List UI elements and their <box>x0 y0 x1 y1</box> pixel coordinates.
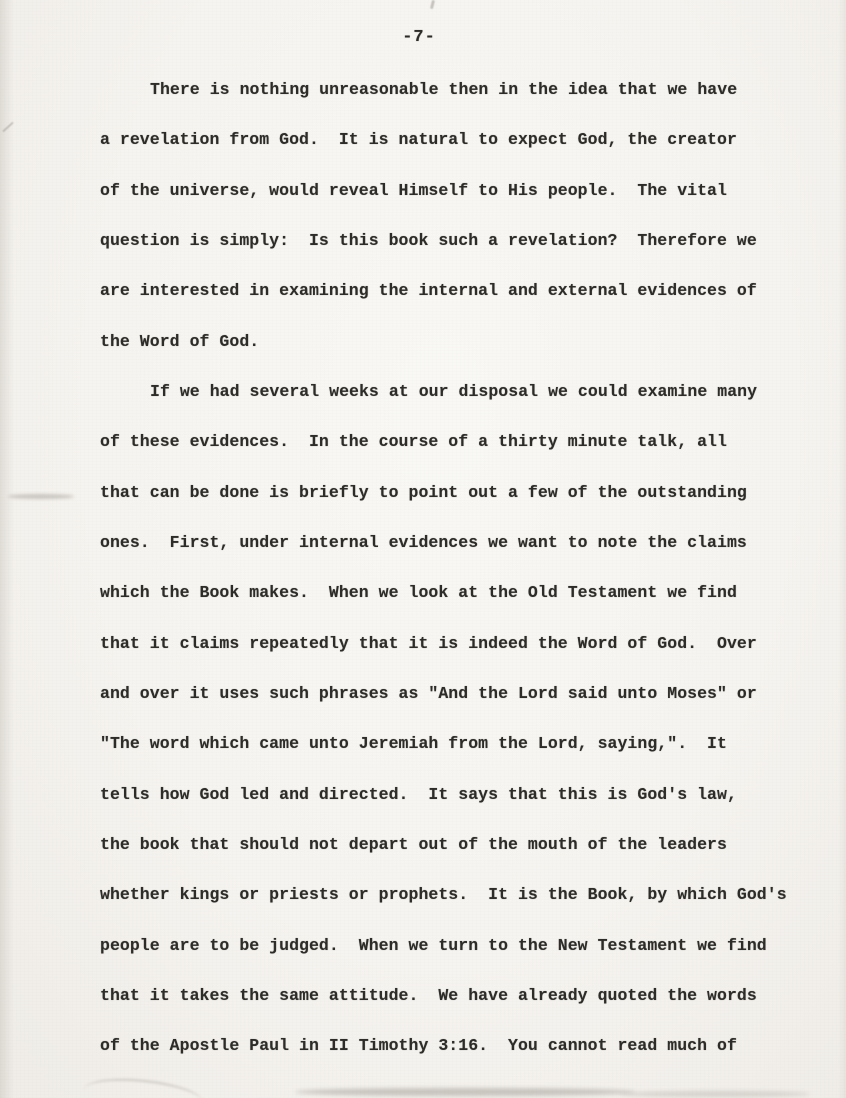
text-line: of the universe, would reveal Himself to… <box>100 181 820 231</box>
text-line: of the Apostle Paul in II Timothy 3:16. … <box>100 1036 820 1086</box>
text-line: of these evidences. In the course of a t… <box>100 432 820 482</box>
text-line: ones. First, under internal evidences we… <box>100 533 820 583</box>
text-line: the book that should not depart out of t… <box>100 835 820 885</box>
text-line: "The word which came unto Jeremiah from … <box>100 734 820 784</box>
scan-smudge-bottom-mid <box>295 1088 635 1096</box>
scan-smudge-left <box>8 494 74 499</box>
text-line: There is nothing unreasonable then in th… <box>100 80 820 130</box>
scan-mark-top <box>430 0 435 9</box>
text-line: and over it uses such phrases as "And th… <box>100 684 820 734</box>
text-line: that can be done is briefly to point out… <box>100 483 820 533</box>
document-page: -7- There is nothing unreasonable then i… <box>0 0 846 1098</box>
scan-edge-shadow-left <box>0 0 14 1098</box>
text-line: that it claims repeatedly that it is ind… <box>100 634 820 684</box>
document-body: There is nothing unreasonable then in th… <box>100 80 820 1087</box>
text-line: a revelation from God. It is natural to … <box>100 130 820 180</box>
scan-smudge-bottom-right <box>620 1091 810 1097</box>
text-line: question is simply: Is this book such a … <box>100 231 820 281</box>
scan-edge-shadow-right <box>838 0 846 1098</box>
text-line: that it takes the same attitude. We have… <box>100 986 820 1036</box>
text-line: people are to be judged. When we turn to… <box>100 936 820 986</box>
text-line: which the Book makes. When we look at th… <box>100 583 820 633</box>
page-number: -7- <box>0 28 838 47</box>
text-line: If we had several weeks at our disposal … <box>100 382 820 432</box>
paragraph-1: There is nothing unreasonable then in th… <box>100 80 820 382</box>
text-line: tells how God led and directed. It says … <box>100 785 820 835</box>
text-line: the Word of God. <box>100 332 820 382</box>
text-line: are interested in examining the internal… <box>100 281 820 331</box>
text-line: whether kings or priests or prophets. It… <box>100 885 820 935</box>
paragraph-2: If we had several weeks at our disposal … <box>100 382 820 1087</box>
